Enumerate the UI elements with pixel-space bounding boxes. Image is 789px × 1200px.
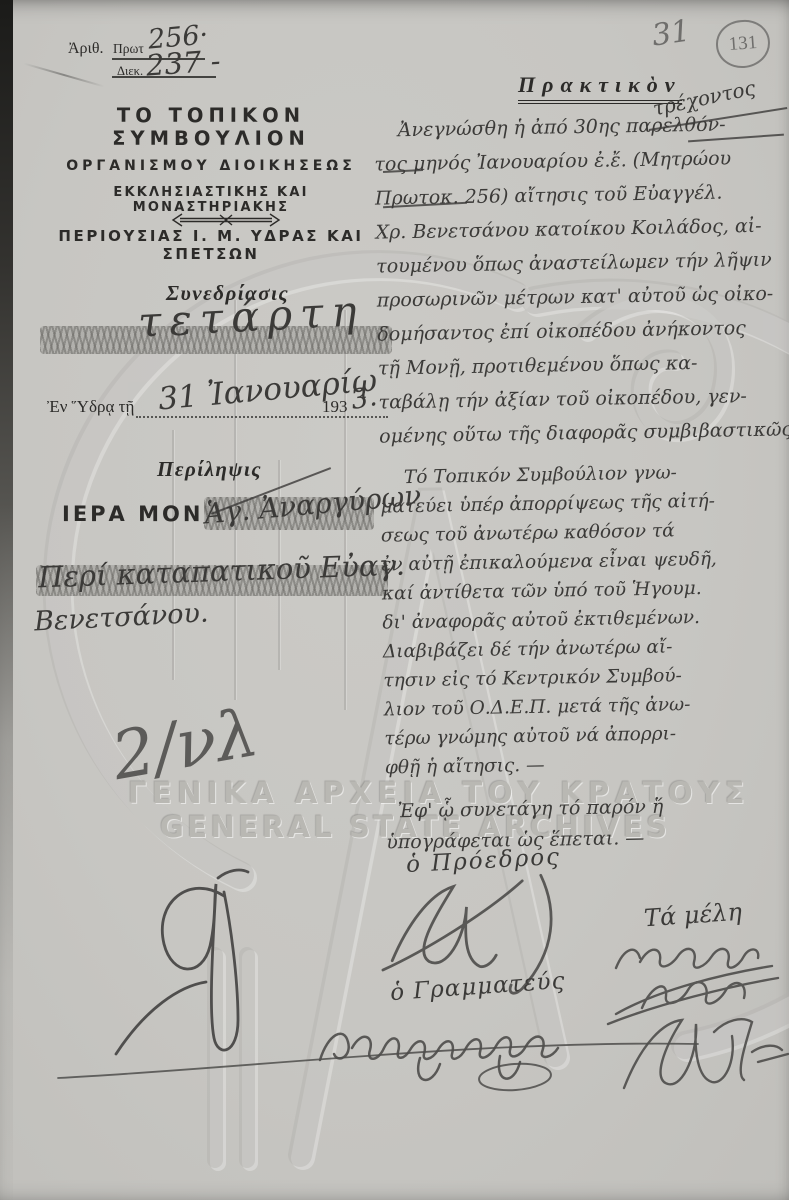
dateline-year-handwritten: 3. — [349, 381, 380, 416]
monastery-printed: ΙΕΡΑ ΜΟΝΗ — [62, 502, 224, 526]
letterhead: ΤΟ ΤΟΠΙΚΟΝ ΣΥΜΒΟΥΛΙΟΝ ΟΡΓΑΝΙΣΜΟΥ ΔΙΟΙΚΗΣ… — [52, 104, 370, 263]
scan-edge-shadow — [0, 0, 13, 1200]
praktikon-line: δομήσαντος ἐπί οἰκοπέδου ἀνήκοντος — [377, 310, 787, 351]
praktikon-line: τος μηνός Ἰανουαρίου ἐ.ἔ. (Μητρώου — [374, 140, 784, 181]
letterhead-line-4: ΠΕΡΙΟΥΣΙΑΣ Ι. Μ. ΥΔΡΑΣ ΚΑΙ ΣΠΕΤΣΩΝ — [52, 227, 370, 263]
dateline-prefix: Ἐν Ὕδρᾳ τῇ — [47, 397, 134, 417]
praktikon-line: ομένης οὕτω τῆς διαφορᾶς συμβιβαστικῶς. — [379, 412, 789, 453]
left-monogram-signature — [106, 858, 361, 1083]
summary-label: Περίληψις — [157, 457, 262, 482]
page-number-circled: 131 — [714, 18, 771, 70]
letterhead-line-3: ΕΚΚΛΗΣΙΑΣΤΙΚΗΣ ΚΑΙ ΜΟΝΑΣΤΗΡΙΑΚΗΣ — [52, 185, 370, 215]
prot-label: Πρωτ — [113, 41, 144, 57]
paper-crease — [23, 62, 104, 87]
dateline-year-printed: 193 — [322, 397, 348, 417]
rule — [112, 76, 216, 78]
letterhead-line-2: ΟΡΓΑΝΙΣΜΟΥ ΔΙΟΙΚΗΣΕΩΣ — [52, 158, 370, 174]
letterhead-ornament — [170, 212, 282, 228]
praktikon-body: Ἀνεγνώσθη ἡ ἀπό 30ης παρελθόν- τος μηνός… — [374, 106, 789, 858]
letterhead-line-1: ΤΟ ΤΟΠΙΚΟΝ ΣΥΜΒΟΥΛΙΟΝ — [52, 104, 370, 150]
document-scan: ΓΕΝΙΚΑ ΑΡΧΕΙΑ ΤΟΥ ΚΡΑΤΟΥΣ GENERAL STATE … — [0, 0, 789, 1200]
praktikon-line: φθῇ ἡ αἴτησις. — — [385, 746, 789, 782]
page-number-pencil: 31 — [650, 14, 693, 54]
arith-label: Ἀριθ. — [68, 40, 104, 58]
